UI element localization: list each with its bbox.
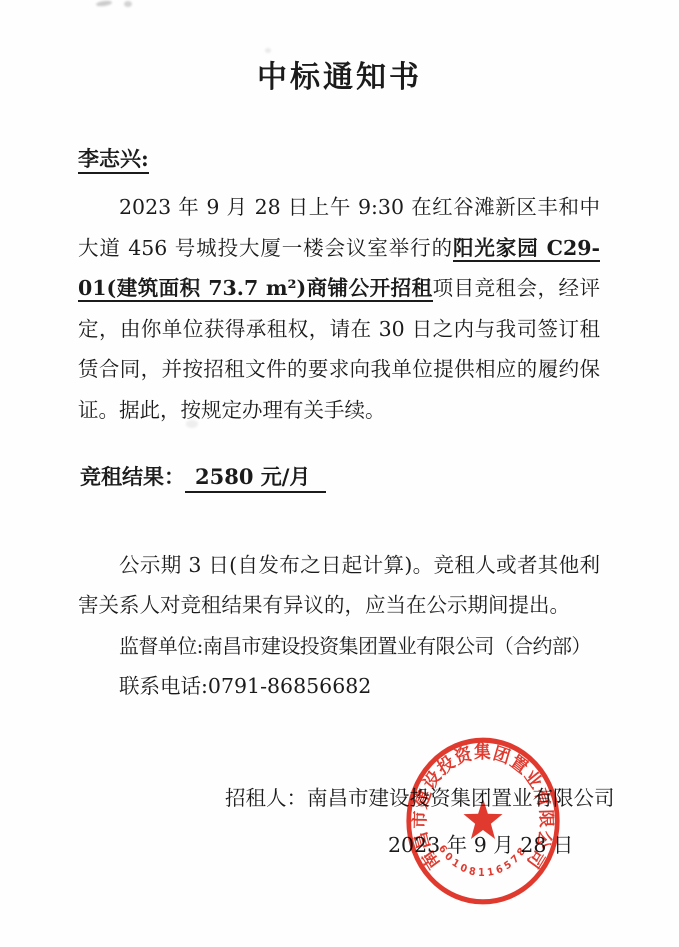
document-title: 中标通知书 xyxy=(0,0,679,98)
signature-date-line: 2023 年 9 月 28 日 xyxy=(388,832,679,859)
contact-phone-line: 联系电话:0791-86856682 xyxy=(78,666,600,707)
scan-artifact xyxy=(186,420,198,428)
document-page: 中标通知书 李志兴: 2023 年 9 月 28 日上午 9:30 在红谷滩新区… xyxy=(0,0,679,947)
company-seal: 南昌市建设投资集团置业有限公司 3601081165780 xyxy=(404,735,562,907)
paragraph-publicity: 公示期 3 日(自发布之日起计算)。竞租人或者其他利害关系人对竞租结果有异议的，… xyxy=(78,545,600,626)
scan-artifact xyxy=(124,1,132,7)
scan-artifact xyxy=(265,48,271,53)
supervisor-line: 监督单位:南昌市建设投资集团置业有限公司（合约部） xyxy=(78,626,600,667)
lessor-signature-line: 招租人：南昌市建设投资集团置业有限公司 xyxy=(225,785,679,812)
rent-result-value: 2580 元/月 xyxy=(185,464,326,493)
rent-result-label: 竞租结果： xyxy=(80,464,185,489)
rent-result-line: 竞租结果：2580 元/月 xyxy=(80,457,600,498)
seal-outer-ring xyxy=(409,740,558,902)
addressee-line: 李志兴: xyxy=(78,145,599,173)
addressee-name: 李志兴: xyxy=(78,146,149,174)
paragraph-award: 2023 年 9 月 28 日上午 9:30 在红谷滩新区丰和中大道 456 号… xyxy=(78,187,600,430)
company-seal-graphic: 南昌市建设投资集团置业有限公司 3601081165780 xyxy=(404,735,562,907)
